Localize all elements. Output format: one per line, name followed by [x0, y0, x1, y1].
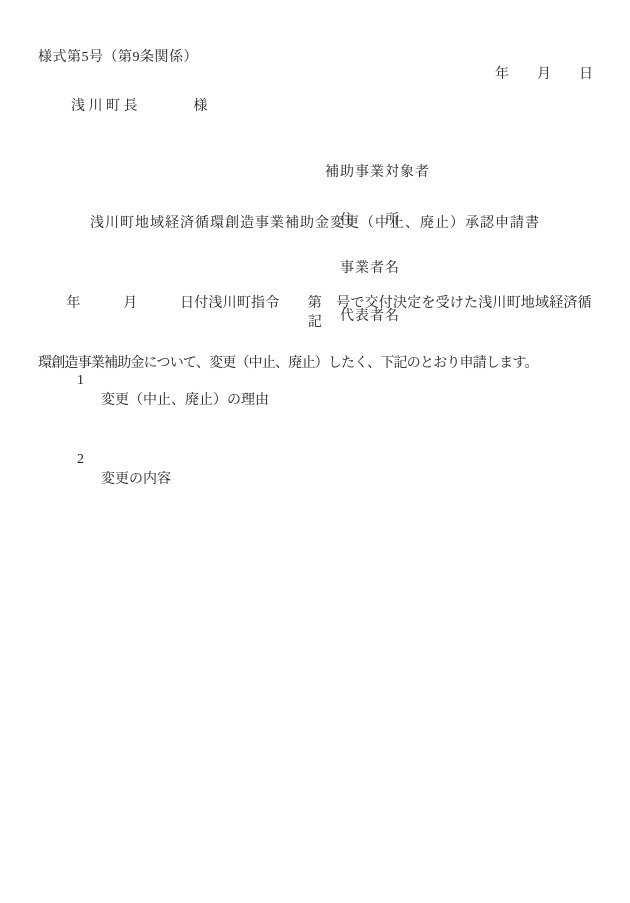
- item-2-number: 2: [77, 450, 84, 470]
- applicant-heading: 補助事業対象者: [325, 165, 430, 181]
- header-date-line: 年 月 日: [495, 65, 593, 85]
- list-item-change-details: 2 変更の内容: [63, 430, 171, 510]
- body-line-1: 年 月 日付浅川町指令 第 号で交付決定を受けた浅川町地域経済循: [38, 294, 596, 314]
- item-2-label: 変更の内容: [101, 470, 171, 490]
- item-1-number: 1: [77, 371, 84, 391]
- ki-marker: 記: [0, 313, 630, 333]
- list-item-reason: 1 変更（中止、廃止）の理由: [63, 351, 269, 431]
- form-number: 様式第5号（第9条関係）: [38, 48, 198, 68]
- item-1-label: 変更（中止、廃止）の理由: [101, 391, 269, 411]
- document-page: 様式第5号（第9条関係） 年 月 日 浅川町長 様 補助事業対象者 住 所 事業…: [0, 0, 630, 903]
- addressee-line: 浅川町長 様: [71, 97, 211, 117]
- document-title: 浅川町地域経済循環創造事業補助金変更（中止、廃止）承認申請書: [0, 214, 630, 234]
